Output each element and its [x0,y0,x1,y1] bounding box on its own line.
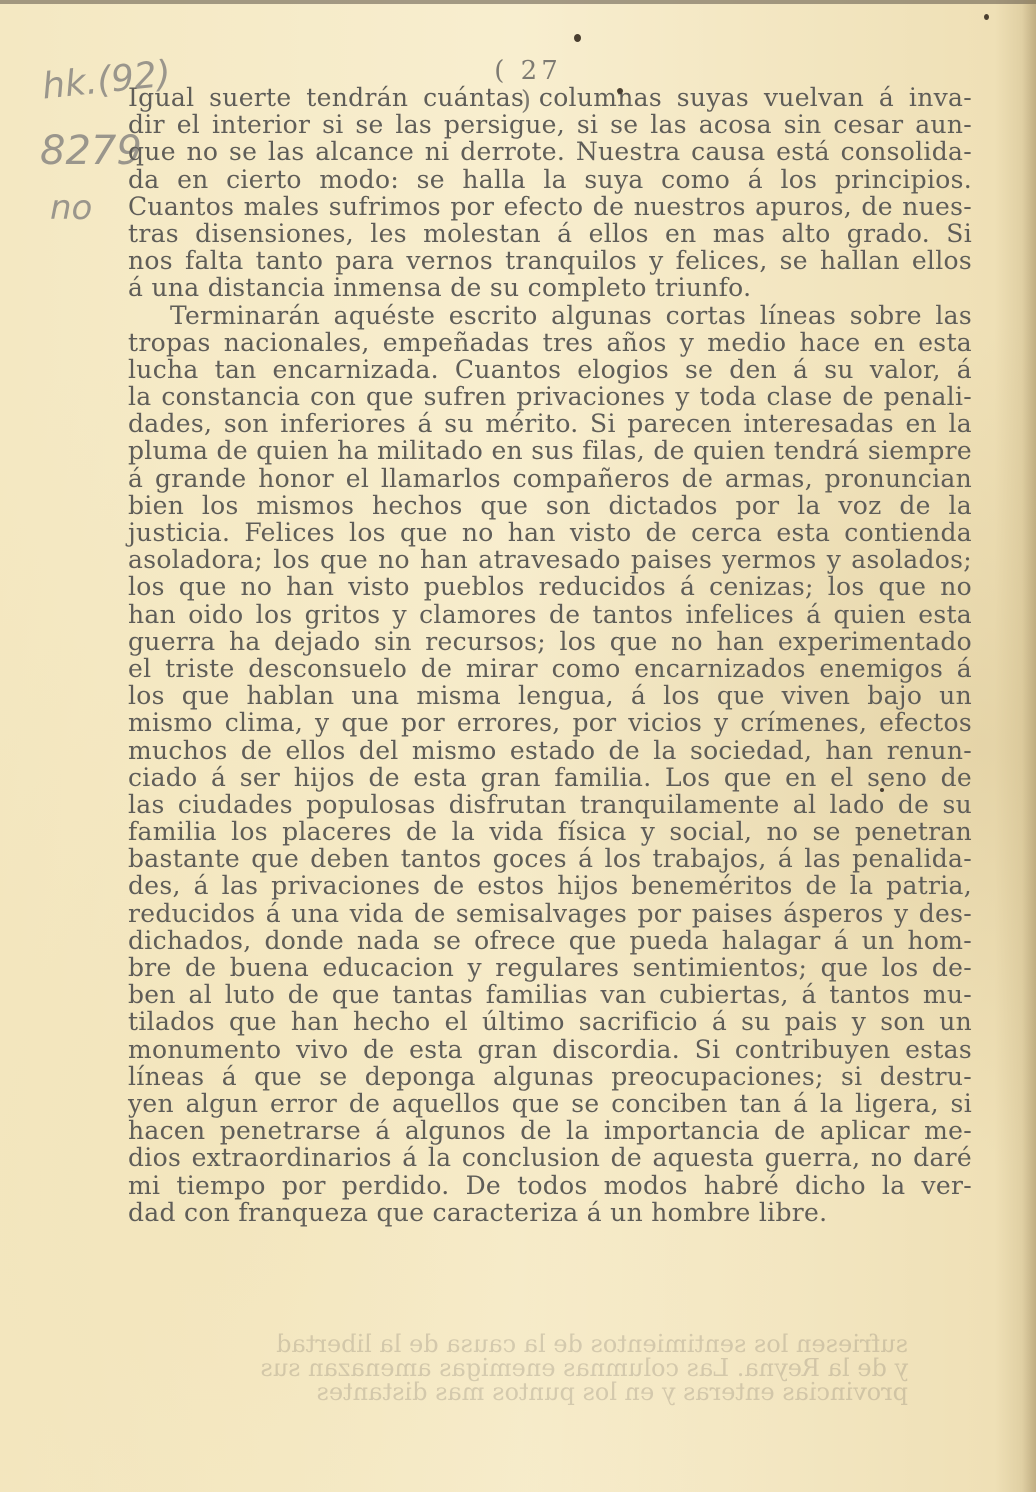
bleed-through-line: provincias enteras y en los puntos mas d… [118,1380,908,1404]
text-line: á una distancia inmensa de su completo t… [128,274,972,301]
text-line: mi tiempo por perdido. De todos modos ha… [128,1172,972,1199]
text-line: muchos de ellos del mismo estado de la s… [128,737,972,764]
bleed-through-line: sufriesen los sentimientos de la causa d… [118,1332,908,1356]
text-line: han oido los gritos y clamores de tantos… [128,601,972,628]
page-top-edge [0,0,1036,4]
text-line: bre de buena educacion y regulares senti… [128,954,972,981]
text-line: hacen penetrarse á algunos de la importa… [128,1117,972,1144]
text-line: dichados, donde nada se ofrece que pueda… [128,927,972,954]
text-line: tropas nacionales, empeñadas tres años y… [128,329,972,356]
text-line: líneas á que se deponga algunas preocupa… [128,1063,972,1090]
text-line: nos falta tanto para vernos tranquilos y… [128,247,972,274]
bleed-through-text: sufriesen los sentimientos de la causa d… [118,1332,908,1404]
text-line: dios extraordinarios á la conclusion de … [128,1144,972,1171]
text-line: des, á las privaciones de estos hijos be… [128,872,972,899]
ink-spot [574,34,581,42]
text-line: familia los placeres de la vida física y… [128,818,972,845]
page-right-edge-shadow [1022,0,1036,1492]
handwritten-note-number: 8279 [40,128,142,174]
text-line: justicia. Felices los que no han visto d… [128,519,972,546]
text-line: la constancia con que sufren privaciones… [128,383,972,410]
text-line: monumento vivo de esta gran discordia. S… [128,1036,972,1063]
document-page: hk.(92) 8279 no ( 27 ) Igual suerte tend… [0,0,1036,1492]
text-line: los que no han visto pueblos reducidos á… [128,573,972,600]
text-line: que no se las alcance ni derrote. Nuestr… [128,138,972,165]
text-line: pluma de quien ha militado en sus filas,… [128,437,972,464]
text-line: Igual suerte tendrán cuántas columnas su… [128,84,972,111]
text-line: el triste desconsuelo de mirar como enca… [128,655,972,682]
text-line: dades, son inferiores á su mérito. Si pa… [128,410,972,437]
text-line: dad con franqueza que caracteriza á un h… [128,1199,972,1226]
ink-spot [617,88,623,94]
bleed-through-line: y de la Reyna. Las columnas enemigas ame… [118,1356,908,1380]
text-line: ben al luto de que tantas familias van c… [128,981,972,1008]
text-line: las ciudades populosas disfrutan tranqui… [128,791,972,818]
text-line: mismo clima, y que por errores, por vici… [128,709,972,736]
text-line: lucha tan encarnizada. Cuantos elogios s… [128,356,972,383]
text-line: tilados que han hecho el último sacrific… [128,1008,972,1035]
text-line: dir el interior si se las persigue, si s… [128,111,972,138]
ink-spot [984,14,989,20]
text-line: á grande honor el llamarlos compañeros d… [128,465,972,492]
text-line: da en cierto modo: se halla la suya como… [128,166,972,193]
text-line: yen algun error de aquellos que se conci… [128,1090,972,1117]
text-line: Terminarán aquéste escrito algunas corta… [128,302,972,329]
body-text: Igual suerte tendrán cuántas columnas su… [128,84,972,1226]
text-line: los que hablan una misma lengua, á los q… [128,682,972,709]
text-line: guerra ha dejado sin recursos; los que n… [128,628,972,655]
text-line: tras disensiones, les molestan á ellos e… [128,220,972,247]
text-line: asoladora; los que no han atravesado pai… [128,546,972,573]
text-line: reducidos á una vida de semisalvages por… [128,900,972,927]
text-line: bien los mismos hechos que son dictados … [128,492,972,519]
handwritten-note-initials: no [50,188,92,228]
ink-spot [880,788,884,792]
text-line: Cuantos males sufrimos por efecto de nue… [128,193,972,220]
text-line: ciado á ser hijos de esta gran familia. … [128,764,972,791]
text-line: bastante que deben tantos goces á los tr… [128,845,972,872]
